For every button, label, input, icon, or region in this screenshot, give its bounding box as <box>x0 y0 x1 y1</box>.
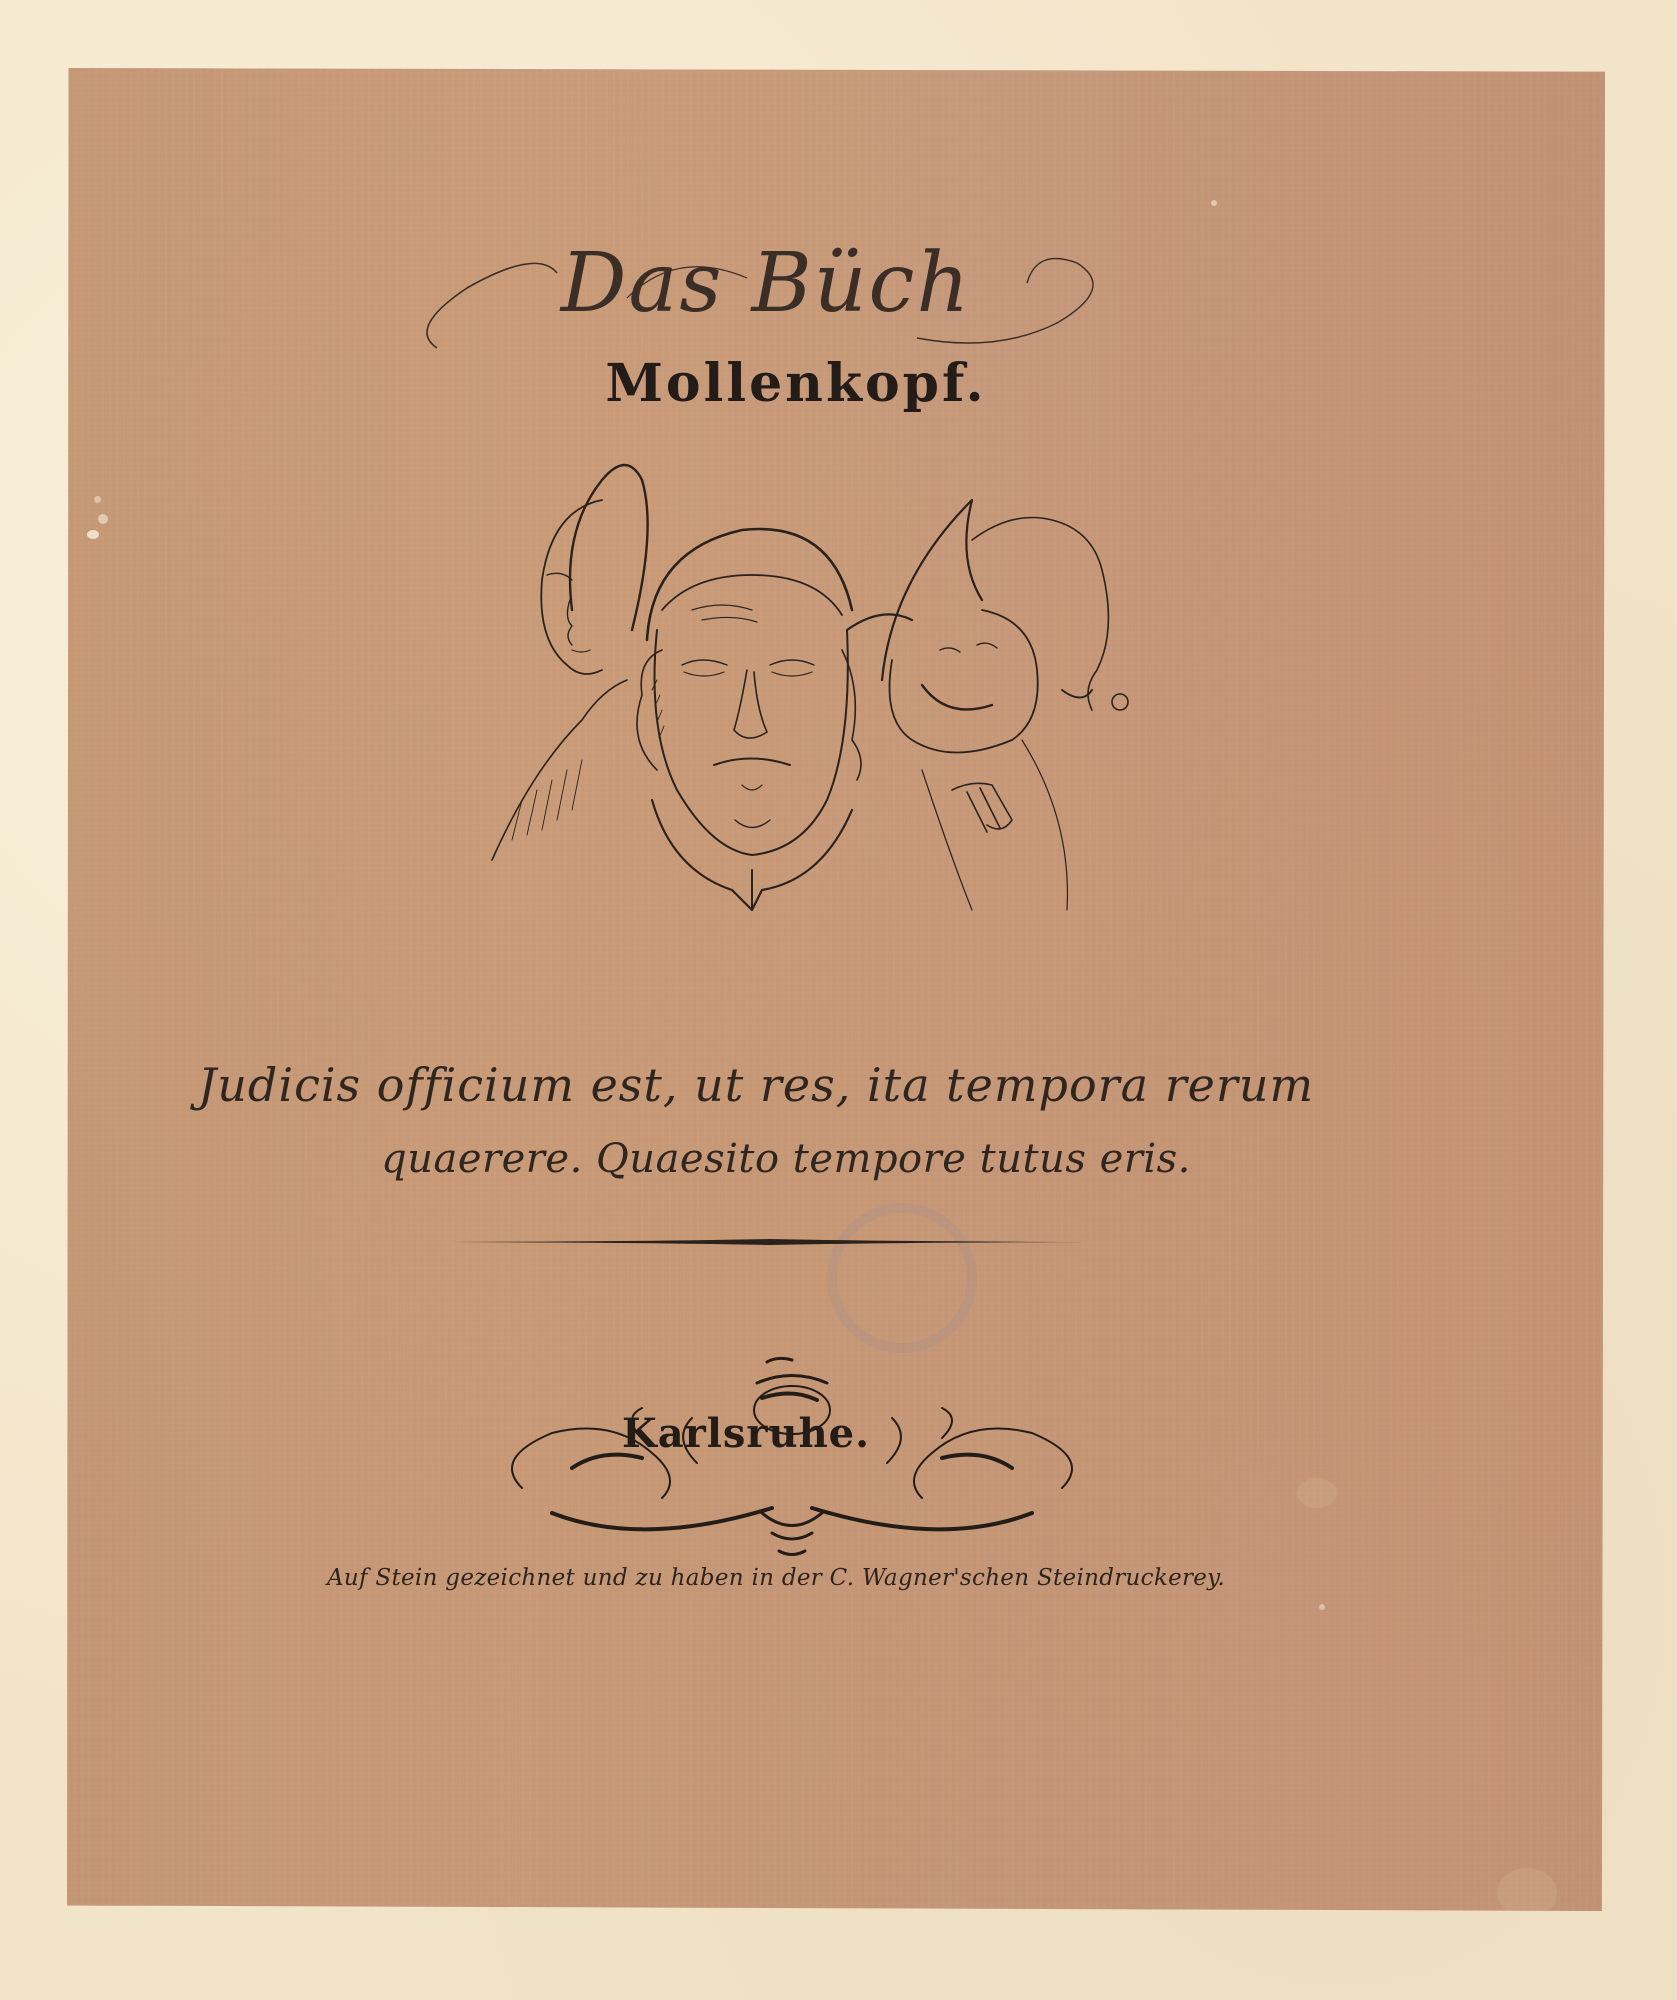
title-blackletter-text: Mollenkopf. <box>27 353 1565 414</box>
paper-speck <box>1497 1868 1557 1918</box>
faint-collection-stamp <box>827 1203 977 1353</box>
paper-speck <box>87 530 99 539</box>
printer-imprint: Auf Stein gezeichnet und zu haben in der… <box>7 1565 1545 1591</box>
latin-motto-line-1: Judicis officium est, ut res, ita tempor… <box>0 1058 1525 1112</box>
paper-texture <box>67 68 1605 1911</box>
calligraphic-cartouche-ornament <box>492 1348 1092 1568</box>
latin-motto-line-2: quaerere. Quaesito tempore tutus eris. <box>17 1136 1555 1182</box>
paper-speck <box>98 514 108 524</box>
title-page-sheet: Das Büch Mollenkopf. <box>67 68 1605 1911</box>
paper-speck <box>1211 200 1217 206</box>
jester-hand <box>952 783 1012 832</box>
hooded-woman-figure <box>492 465 648 860</box>
three-heads-illustration <box>452 440 1222 920</box>
tapered-divider-rule <box>450 1238 1090 1246</box>
title-script-text: Das Büch <box>0 236 1535 331</box>
sleeping-man-figure <box>637 529 861 910</box>
jester-bell <box>1112 694 1128 710</box>
jester-figure <box>847 500 1128 910</box>
paper-speck <box>1297 1478 1337 1508</box>
paper-speck <box>94 496 101 503</box>
place-of-publication: Karlsruhe. <box>0 1410 1515 1457</box>
paper-speck <box>1319 1604 1325 1610</box>
